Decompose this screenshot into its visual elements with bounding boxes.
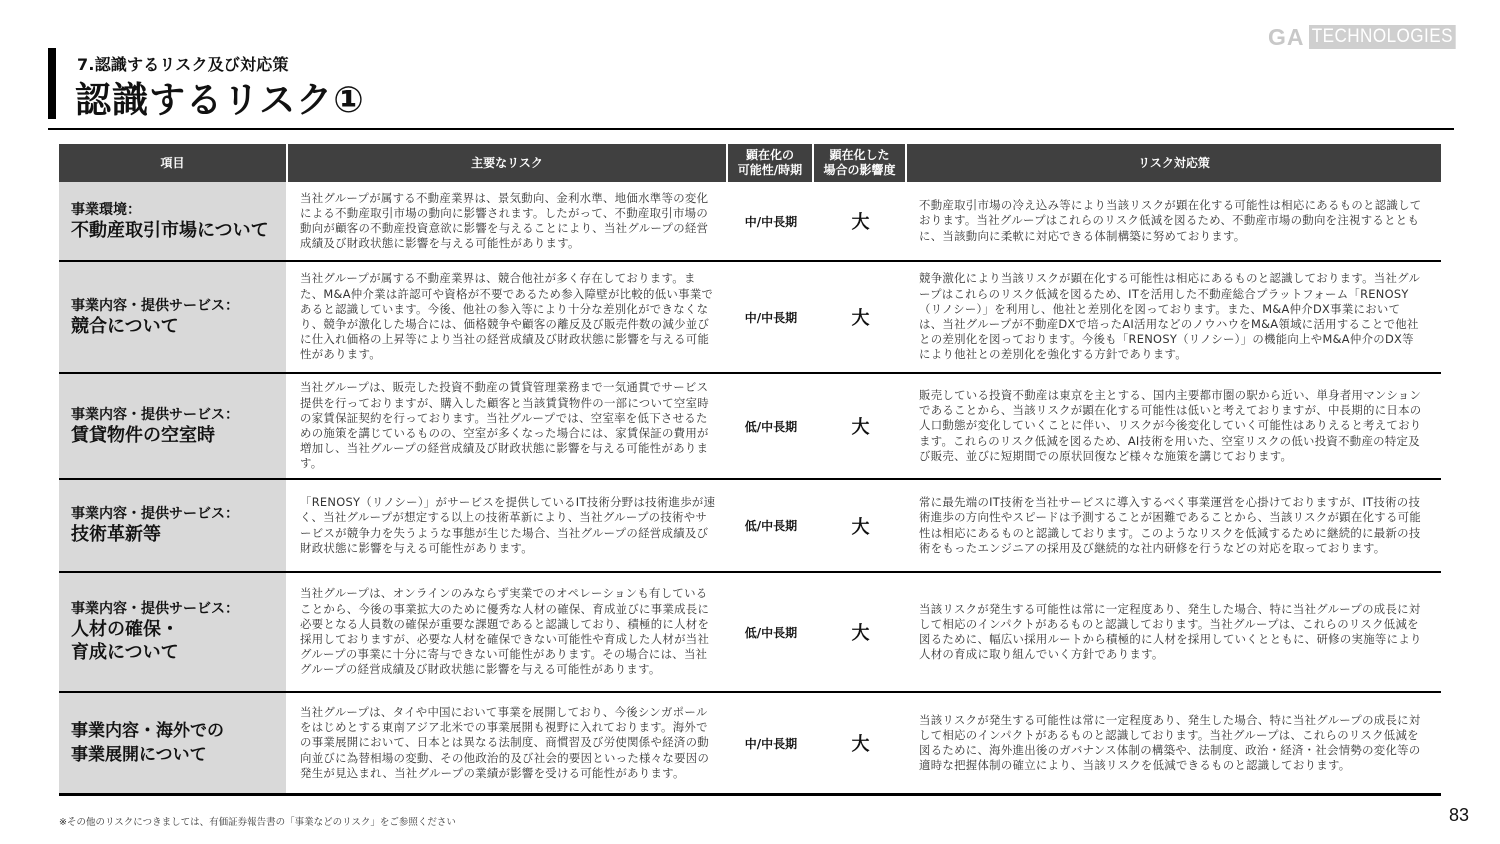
item-category: 事業内容・提供サービス： xyxy=(71,297,286,315)
item-title: 技術革新等 xyxy=(71,523,286,546)
item-title: 賃貸物件の空室時 xyxy=(71,424,286,447)
item-category: 事業内容・提供サービス： xyxy=(71,406,286,424)
table-row: 事業内容・提供サービス： 人材の確保・ 育成について 当社グループは、オンライン… xyxy=(59,573,1441,693)
impact-value: 大 xyxy=(814,693,907,793)
item-cell: 事業内容・提供サービス： 人材の確保・ 育成について xyxy=(59,573,288,691)
likelihood-value: 低/中長期 xyxy=(728,374,814,478)
risk-description: 当社グループは、オンラインのみならず実業でのオペレーションも有していることから、… xyxy=(288,573,728,691)
column-header-item: 項目 xyxy=(59,144,288,182)
item-category: 事業内容・提供サービス： xyxy=(71,600,286,618)
item-cell: 事業内容・提供サービス： 賃貸物件の空室時 xyxy=(59,374,288,478)
countermeasure-description: 不動産取引市場の冷え込み等により当該リスクが顕在化する可能性は相応にあるものと認… xyxy=(907,182,1441,260)
impact-value: 大 xyxy=(814,573,907,691)
page-title: 認識するリスク① xyxy=(75,72,365,123)
impact-value: 大 xyxy=(814,480,907,571)
countermeasure-description: 販売している投資不動産は東京を主とする、国内主要都市圏の駅から近い、単身者用マン… xyxy=(907,374,1441,478)
table-row: 事業内容・海外での 事業展開について 当社グループは、タイや中国において事業を展… xyxy=(59,693,1441,796)
item-category: 事業内容・提供サービス： xyxy=(71,505,286,523)
item-cell: 事業環境： 不動産取引市場について xyxy=(59,182,288,260)
likelihood-value: 中/中長期 xyxy=(728,182,814,260)
countermeasure-description: 常に最先端のIT技術を当社サービスに導入するべく事業運営を心掛けておりますが、I… xyxy=(907,480,1441,571)
item-title: 人材の確保・ 育成について xyxy=(71,618,286,664)
likelihood-value: 中/中長期 xyxy=(728,693,814,793)
risk-description: 「RENOSY（リノシー）」がサービスを提供しているIT技術分野は技術進歩が速く… xyxy=(288,480,728,571)
table-header: 項目 主要なリスク 顕在化の 可能性/時期 顕在化した 場合の影響度 リスク対応… xyxy=(59,144,1441,182)
impact-value: 大 xyxy=(814,182,907,260)
item-title: 不動産取引市場について xyxy=(71,219,286,242)
item-cell: 事業内容・提供サービス： 技術革新等 xyxy=(59,480,288,571)
countermeasure-description: 当該リスクが発生する可能性は常に一定程度あり、発生した場合、特に当社グループの成… xyxy=(907,693,1441,793)
table-row: 事業内容・提供サービス： 賃貸物件の空室時 当社グループは、販売した投資不動産の… xyxy=(59,374,1441,480)
item-title: 競合について xyxy=(71,315,286,338)
header-divider xyxy=(48,128,1454,130)
logo-technologies-text: TECHNOLOGIES xyxy=(1309,25,1456,49)
table-row: 事業内容・提供サービス： 競合について 当社グループが属する不動産業界は、競合他… xyxy=(59,262,1441,374)
countermeasure-description: 当該リスクが発生する可能性は常に一定程度あり、発生した場合、特に当社グループの成… xyxy=(907,573,1441,691)
risk-description: 当社グループは、販売した投資不動産の賃貸管理業務まで一気通貫でサービス提供を行っ… xyxy=(288,374,728,478)
column-header-likelihood: 顕在化の 可能性/時期 xyxy=(728,144,814,182)
table-row: 事業環境： 不動産取引市場について 当社グループが属する不動産業界は、景気動向、… xyxy=(59,182,1441,262)
impact-value: 大 xyxy=(814,374,907,478)
likelihood-value: 低/中長期 xyxy=(728,573,814,691)
risk-description: 当社グループが属する不動産業界は、景気動向、金利水準、地価水準等の変化による不動… xyxy=(288,182,728,260)
table-row: 事業内容・提供サービス： 技術革新等 「RENOSY（リノシー）」がサービスを提… xyxy=(59,480,1441,573)
countermeasure-description: 競争激化により当該リスクが顕在化する可能性は相応にあるものと認識しております。当… xyxy=(907,262,1441,372)
likelihood-value: 中/中長期 xyxy=(728,262,814,372)
column-header-impact: 顕在化した 場合の影響度 xyxy=(814,144,907,182)
footnote: ※その他のリスクにつきましては、有価証券報告書の「事業などのリスク」をご参照くだ… xyxy=(59,814,456,828)
likelihood-value: 低/中長期 xyxy=(728,480,814,571)
impact-value: 大 xyxy=(814,262,907,372)
company-logo: GA TECHNOLOGIES xyxy=(1268,25,1470,49)
column-header-main-risk: 主要なリスク xyxy=(288,144,728,182)
risk-description: 当社グループは、タイや中国において事業を展開しており、今後シンガポールをはじめと… xyxy=(288,693,728,793)
logo-ga-text: GA xyxy=(1268,25,1305,49)
item-title: 事業内容・海外での 事業展開について xyxy=(71,719,286,767)
item-category: 事業環境： xyxy=(71,201,286,219)
risk-description: 当社グループが属する不動産業界は、競合他社が多く存在しております。また、M&A仲… xyxy=(288,262,728,372)
page-number: 83 xyxy=(1449,805,1469,826)
title-accent-bar xyxy=(48,48,56,119)
column-header-countermeasure: リスク対応策 xyxy=(907,144,1441,182)
item-cell: 事業内容・提供サービス： 競合について xyxy=(59,262,288,372)
item-cell: 事業内容・海外での 事業展開について xyxy=(59,693,288,793)
risk-table: 項目 主要なリスク 顕在化の 可能性/時期 顕在化した 場合の影響度 リスク対応… xyxy=(59,144,1441,796)
